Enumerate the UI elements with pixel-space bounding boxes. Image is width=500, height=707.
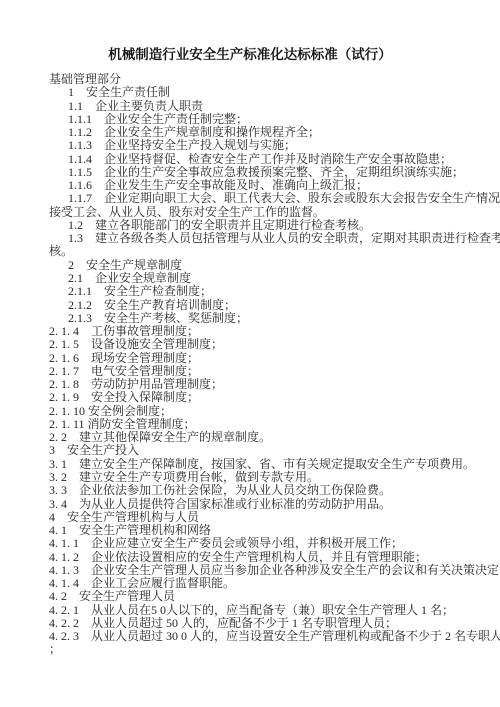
document-line: 2. 1. 5 设备设施安全管理制度； (49, 338, 482, 351)
document-line: 4. 1. 1 企业应建立安全生产委员会或领导小组，并积极开展工作； (49, 537, 482, 550)
document-line: 3 安全生产投入 (49, 444, 482, 457)
document-line: 2. 1. 6 现场安全管理制度； (49, 352, 482, 365)
document-line: 1.1.7 企业定期向职工大会、职工代表大会、股东会或股东大会报告安全生产情况， (49, 192, 482, 205)
document-line: 1.1.3 企业坚持安全生产投入规划与实施； (49, 139, 482, 152)
document-line: ； (49, 643, 482, 656)
document-line: 接受工会、从业人员、股东对安全生产工作的监督。 (49, 206, 482, 219)
document-line: 3. 1 建立安全生产保障制度，按国家、省、市有关规定提取安全生产专项费用。 (49, 458, 482, 471)
document-line: 4. 2. 3 从业人员超过 30 0 人的，应当设置安全生产管理机构或配备不少… (49, 630, 482, 643)
document-line: 2.1.1 安全生产检查制度； (49, 285, 482, 298)
document-line: 1.3 建立各级各类人员包括管理与从业人员的安全职责，定期对其职责进行检查考 (49, 232, 482, 245)
document-line: 4. 2. 1 从业人员在5 0人以下的，应当配备专（兼）职安全生产管理人 1 … (49, 604, 482, 617)
document-line: 2 安全生产规章制度 (49, 259, 482, 272)
document-line: 3. 4 为从业人员提供符合国家标准或行业标准的劳动防护用品。 (49, 498, 482, 511)
document-line: 2. 1. 9 安全投入保障制度； (49, 391, 482, 404)
document-title: 机械制造行业安全生产标准化达标标准（试行） (0, 0, 500, 64)
document-line: 4. 1. 2 企业依法设置相应的安全生产管理机构人员，并且有管理职能； (49, 551, 482, 564)
document-line: 核。 (49, 245, 482, 258)
document-line: 2.1.2 安全生产教育培训制度； (49, 299, 482, 312)
document-line: 1.1 企业主要负责人职责 (49, 100, 482, 113)
document-line: 3. 3 企业依法参加工伤社会保险，为从业人员交纳工伤保险费。 (49, 484, 482, 497)
document-line: 1 安全生产责任制 (49, 86, 482, 99)
document-line: 4. 2 安全生产管理人员 (49, 590, 482, 603)
document-page: 机械制造行业安全生产标准化达标标准（试行） 基础管理部分1 安全生产责任制1.1… (0, 0, 500, 707)
document-line: 2. 1. 10 安全例会制度； (49, 405, 482, 418)
document-body: 基础管理部分1 安全生产责任制1.1 企业主要负责人职责1.1.1 企业安全生产… (0, 73, 500, 657)
document-line: 1.1.4 企业坚持督促、检查安全生产工作并及时消除生产安全事故隐患； (49, 153, 482, 166)
